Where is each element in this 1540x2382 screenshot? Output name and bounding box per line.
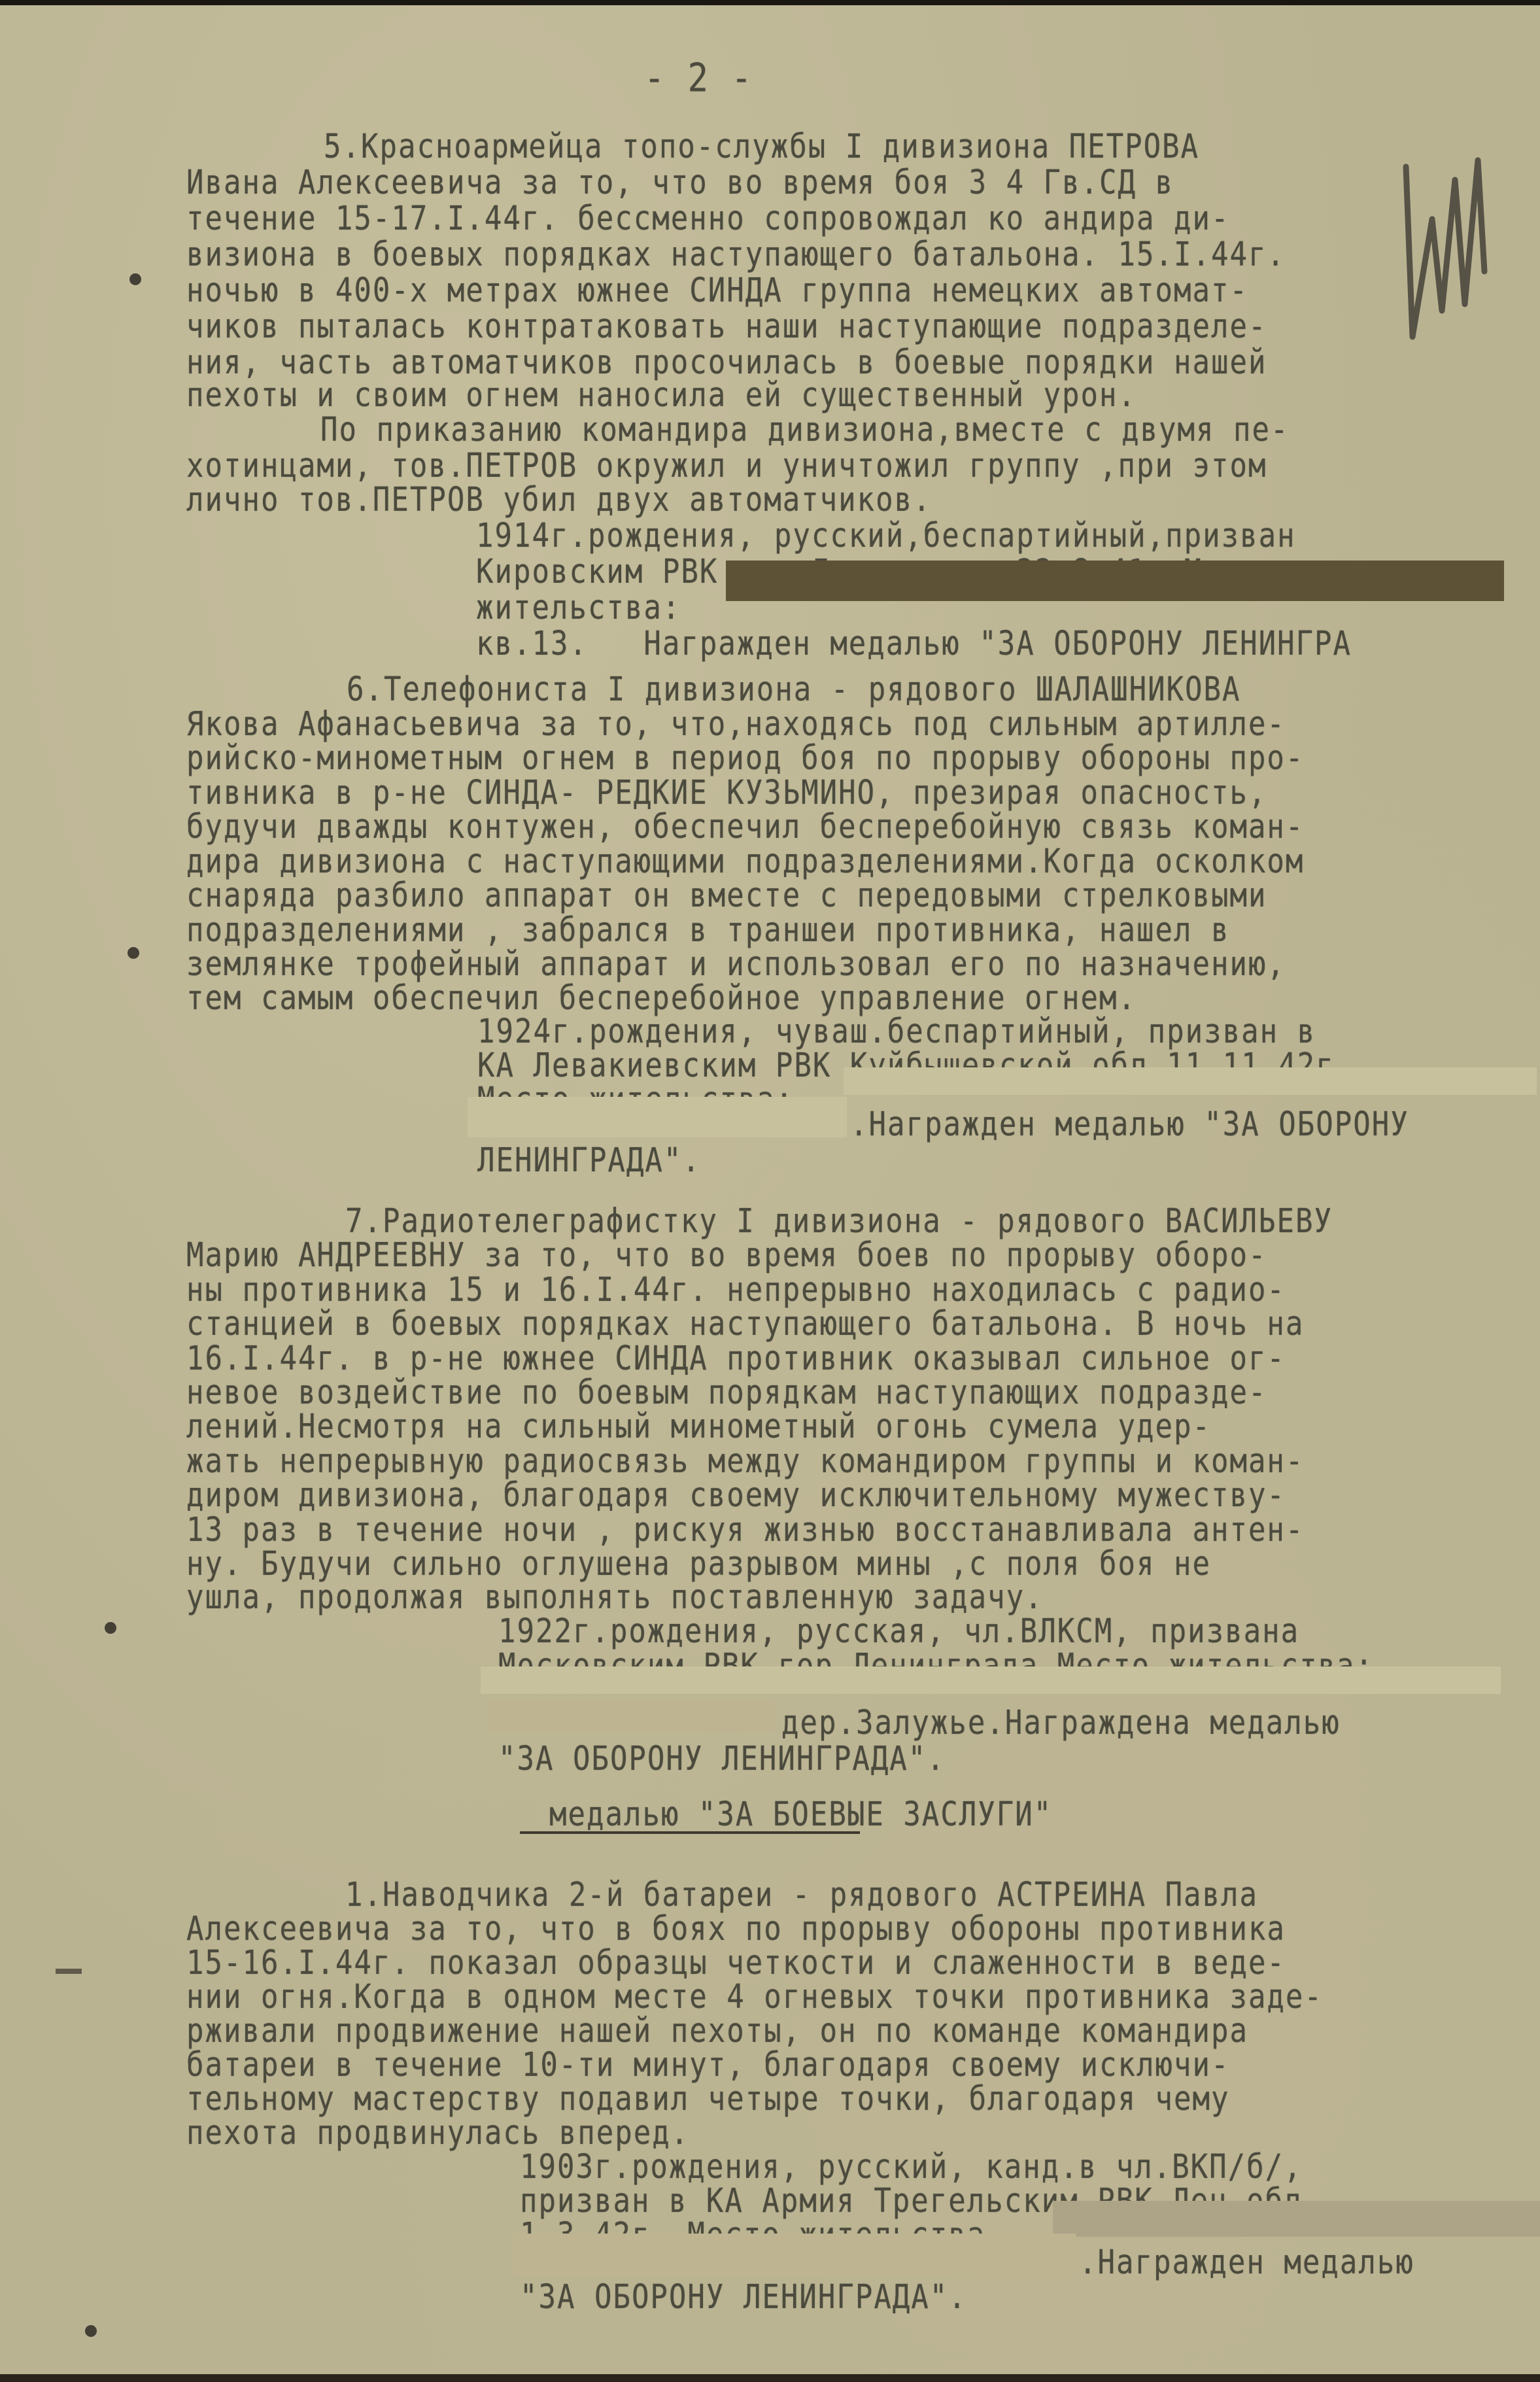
entry-6-line: снаряда разбило аппарат он вместе с пере…: [186, 876, 1267, 916]
entry-6-line: Якова Афанасьевича за то, что,находясь п…: [186, 705, 1286, 744]
entry-7-bio-line: дер.Залужье.Награждена медалью: [781, 1704, 1341, 1743]
entry-6-line: будучи дважды контужен, обеспечил беспер…: [186, 808, 1304, 847]
heading-underline: [520, 1831, 860, 1834]
entry-7-line: невое воздействие по боевым порядкам нас…: [186, 1373, 1267, 1413]
redaction-box: [1053, 2201, 1540, 2237]
document-page: - 2 - 5.Красноармейца топо-службы I диви…: [0, 0, 1540, 2382]
entry-6-line: рийско-минометным огнем в период боя по …: [186, 739, 1304, 778]
entry-5-line: течение 15-17.I.44г. бессменно сопровожд…: [186, 199, 1229, 239]
section-entry-1-line: 1.Наводчика 2-й батареи - рядового АСТРЕ…: [345, 1876, 1258, 1915]
binding-hole: [105, 1622, 116, 1634]
entry-6-line: землянке трофейный аппарат и использовал…: [186, 945, 1286, 984]
section-entry-1-bio-line: "ЗА ОБОРОНУ ЛЕНИНГРАДА".: [520, 2278, 967, 2317]
redaction-box: [468, 1097, 847, 1137]
section-entry-1-line: тельному мастерству подавил четыре точки…: [186, 2080, 1229, 2119]
entry-6-line: подразделениями , забрался в траншеи про…: [186, 911, 1229, 950]
page-bottom-edge: [0, 2374, 1540, 2382]
section-heading: медалью "ЗА БОЕВЫЕ ЗАСЛУГИ": [549, 1795, 1052, 1835]
entry-7-line: ны противника 15 и 16.I.44г. непрерывно …: [186, 1271, 1286, 1310]
entry-5-line: чиков пыталась контратаковать наши насту…: [186, 307, 1267, 347]
entry-7-line: диром дивизиона, благодаря своему исключ…: [186, 1476, 1286, 1515]
page-number: - 2 -: [644, 59, 753, 98]
section-entry-1-line: Алексеевича за то, что в боях по прорыву…: [186, 1910, 1286, 1949]
entry-5-bio-line: жительства:: [476, 589, 681, 628]
entry-6-bio-line: 1924г.рождения, чуваш.беспартийный, приз…: [477, 1012, 1316, 1052]
section-entry-1-line: пехота продвинулась вперед.: [186, 2114, 689, 2153]
binding-hole: [85, 2325, 97, 2337]
section-entry-1-bio-line: 1903г.рождения, русский, канд.в чл.ВКП/б…: [520, 2148, 1303, 2187]
redaction-box: [844, 1067, 1537, 1095]
binding-hole: [129, 273, 141, 285]
redaction-box: [726, 561, 1504, 601]
entry-7-line: жать непрерывную радиосвязь между команд…: [186, 1442, 1304, 1481]
entry-7-line: 13 раз в течение ночи , рискуя жизнью во…: [186, 1511, 1304, 1550]
entry-5-line: хотинцами, тов.ПЕТРОВ окружил и уничтожи…: [186, 447, 1267, 486]
section-entry-1-bio-line: .Награжден медалью: [1079, 2243, 1414, 2283]
entry-5-line: ночью в 400-х метрах южнее СИНДА группа …: [186, 271, 1248, 311]
section-entry-1-line: 15-16.I.44г. показал образцы четкости и …: [186, 1944, 1286, 1983]
entry-5-line: визиона в боевых порядках наступающего б…: [186, 235, 1286, 275]
entry-5-line: 5.Красноармейца топо-службы I дивизиона …: [324, 128, 1199, 167]
entry-5-line: пехоты и своим огнем наносила ей существ…: [186, 376, 1137, 415]
entry-6-line: 6.Телефониста I дивизиона - рядового ШАЛ…: [347, 670, 1241, 710]
entry-6-bio-line: ЛЕНИНГРАДА".: [477, 1141, 701, 1181]
entry-5-bio-line: 1914г.рождения, русский,беспартийный,при…: [476, 517, 1296, 556]
entry-7-bio-line: 1922г.рождения, русская, чл.ВЛКСМ, призв…: [498, 1612, 1299, 1651]
page-top-edge: [0, 0, 1540, 5]
entry-7-line: 7.Радиотелеграфистку I дивизиона - рядов…: [345, 1202, 1333, 1241]
entry-7-line: ушла, продолжая выполнять поставленную з…: [186, 1578, 1044, 1617]
signature-mark: [1393, 141, 1497, 356]
redaction-box: [513, 2234, 1076, 2276]
entry-5-bio-line: кв.13. Награжден медалью "ЗА ОБОРОНУ ЛЕН…: [476, 625, 1352, 664]
entry-7-bio-line: "ЗА ОБОРОНУ ЛЕНИНГРАДА".: [498, 1740, 946, 1779]
entry-5-line: По приказанию командира дивизиона,вместе…: [320, 411, 1290, 450]
entry-7-line: станцией в боевых порядках наступающего …: [186, 1305, 1304, 1344]
margin-mark: [56, 1969, 82, 1974]
entry-6-line: тивника в р-не СИНДА- РЕДКИЕ КУЗЬМИНО, п…: [186, 774, 1267, 813]
entry-7-line: Марию АНДРЕЕВНУ за то, что во время боев…: [186, 1236, 1267, 1275]
entry-5-line: Ивана Алексеевича за то, что во время бо…: [186, 164, 1174, 203]
entry-7-line: 16.I.44г. в р-не южнее СИНДА противник о…: [186, 1339, 1286, 1379]
binding-hole: [128, 947, 139, 959]
entry-6-line: дира дивизиона с наступающими подразделе…: [186, 842, 1304, 882]
entry-5-line: лично тов.ПЕТРОВ убил двух автоматчиков.: [186, 481, 932, 520]
section-entry-1-line: батареи в течение 10-ти минут, благодаря…: [186, 2046, 1229, 2085]
entry-6-bio-line: .Награжден медалью "ЗА ОБОРОНУ: [850, 1105, 1409, 1145]
section-entry-1-line: нии огня.Когда в одном месте 4 огневых т…: [186, 1978, 1323, 2017]
redaction-box: [481, 1666, 1501, 1694]
section-entry-1-line: рживали продвижение нашей пехоты, он по …: [186, 2012, 1248, 2051]
redaction-box: [487, 1700, 775, 1732]
entry-7-line: лений.Несмотря на сильный минометный ого…: [186, 1407, 1211, 1447]
